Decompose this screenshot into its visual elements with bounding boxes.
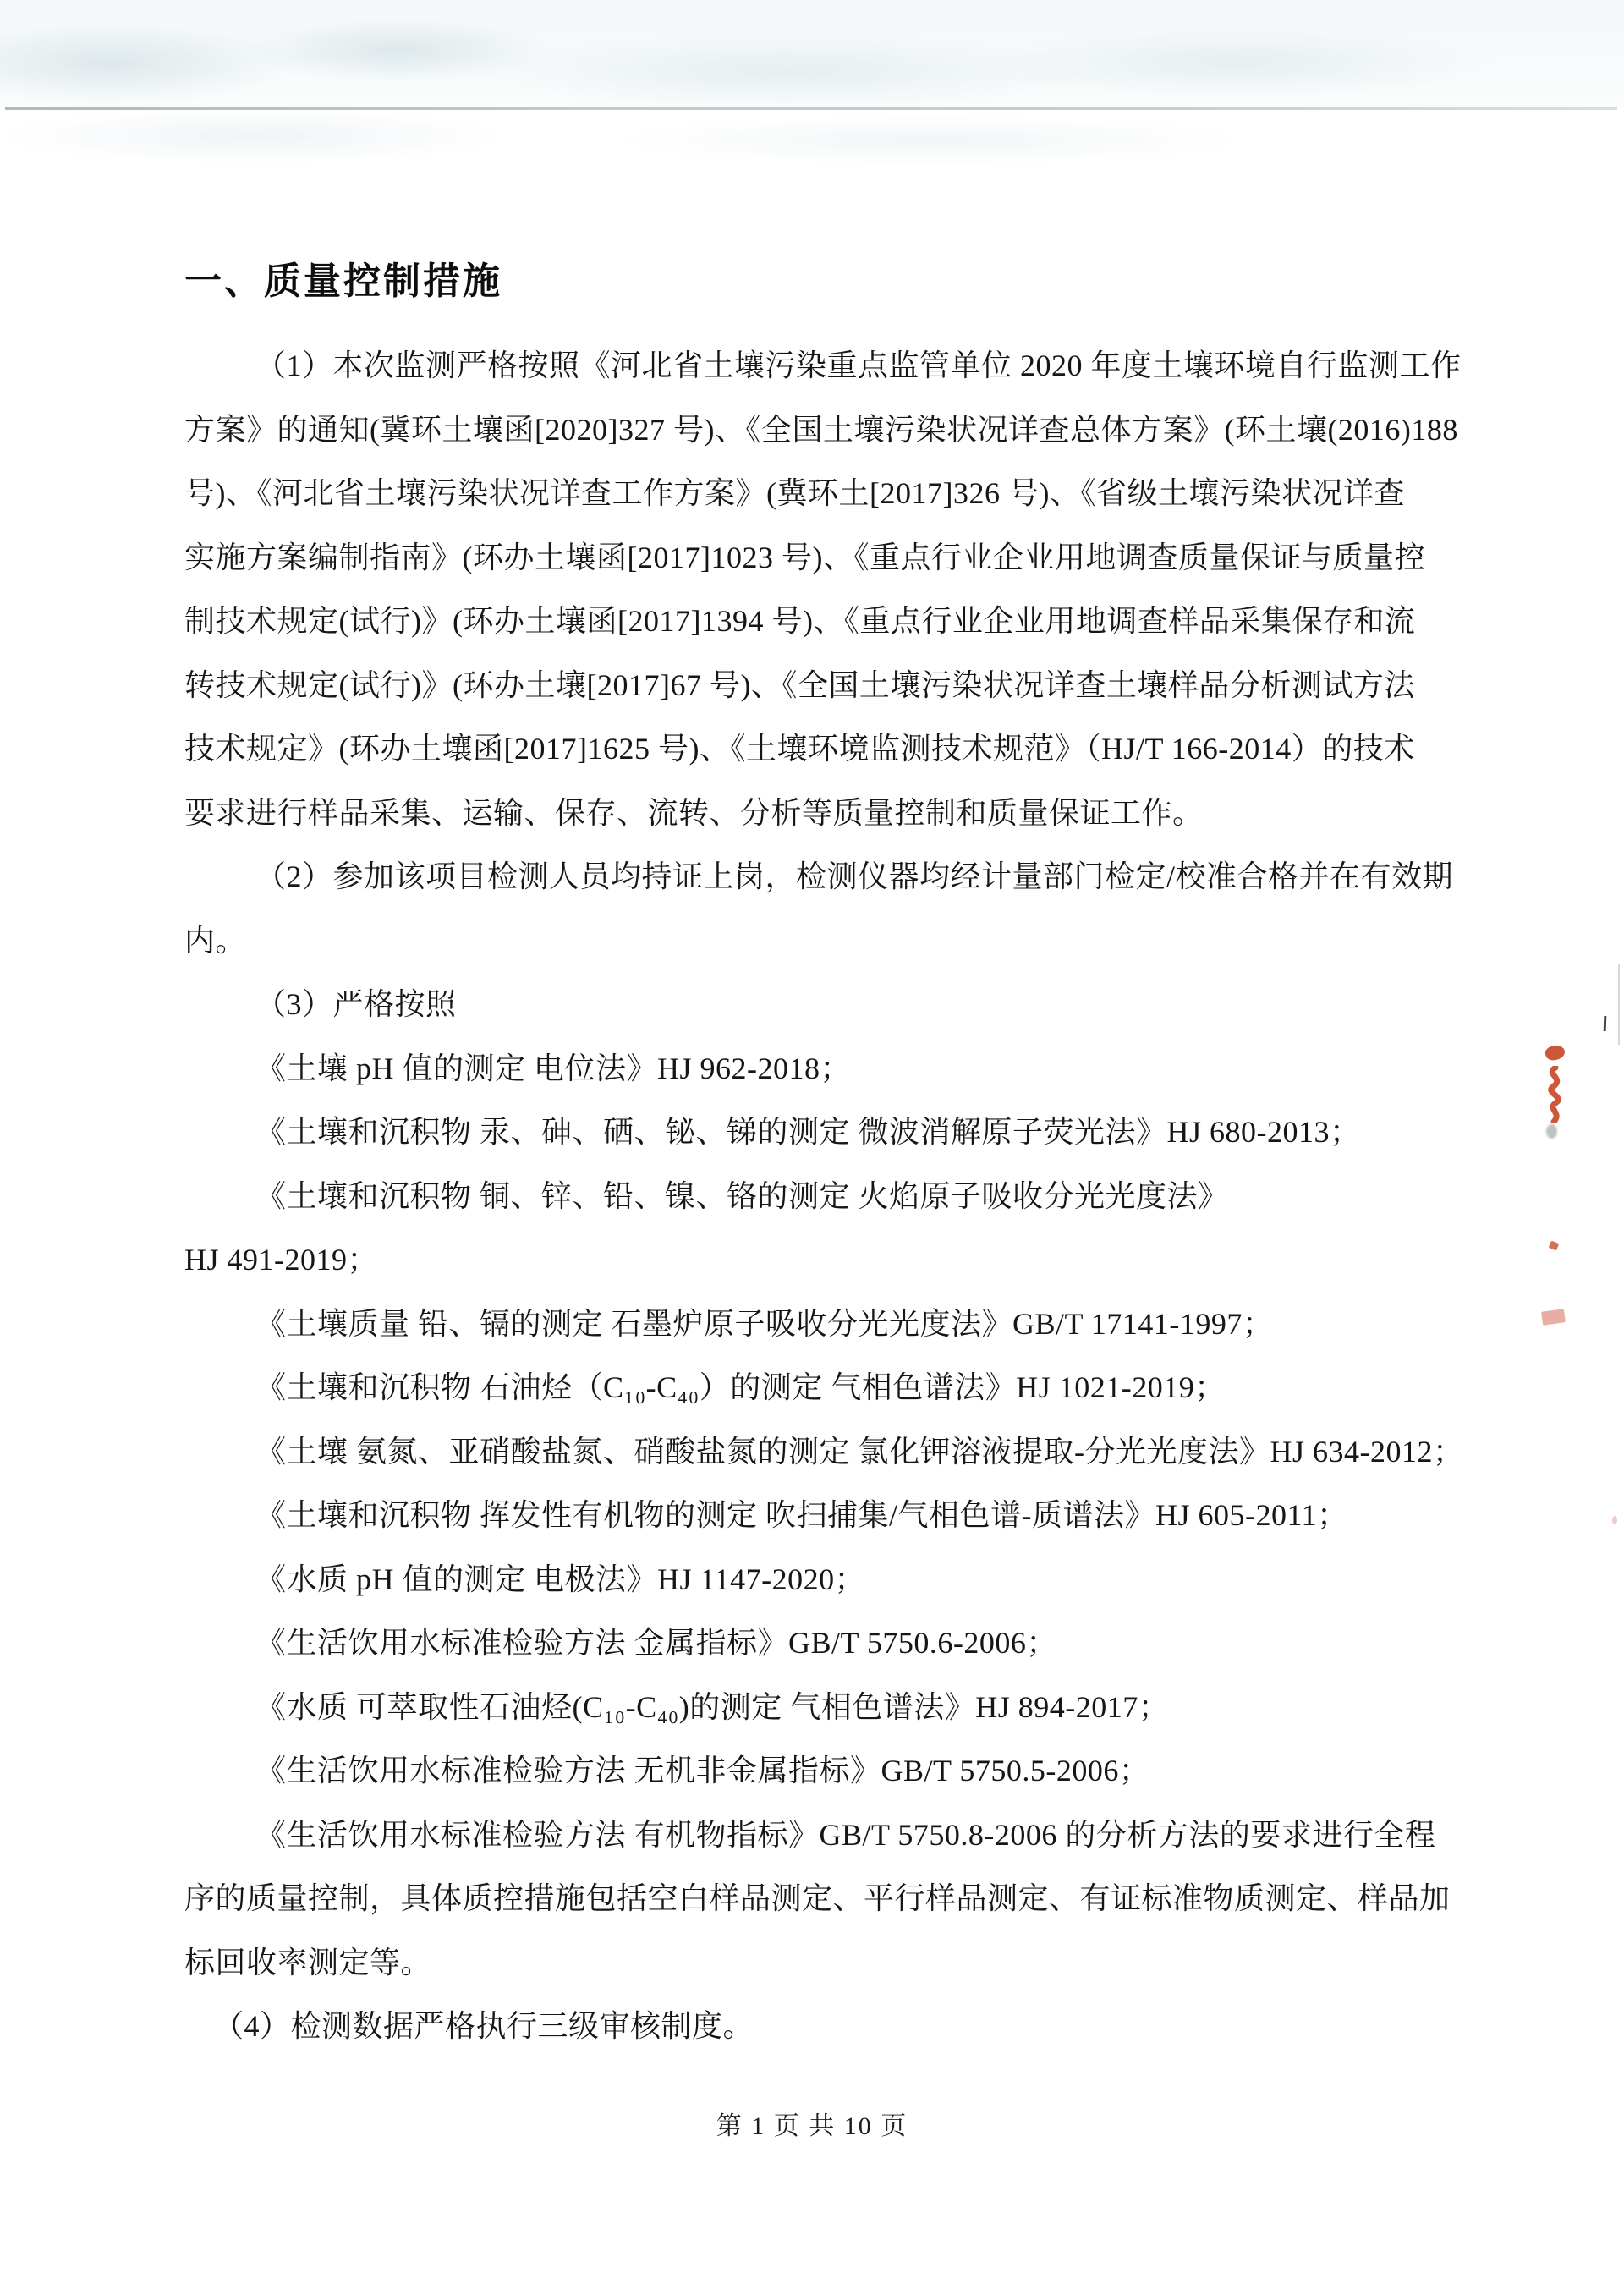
text-line: 技术规定》(环办土壤函[2017]1625 号)、《土壤环境监测技术规范》（HJ… [184,717,1487,782]
text-line: 号)、《河北省土壤污染状况详查工作方案》(冀环土[2017]326 号)、《省级… [184,462,1487,526]
text-line: 实施方案编制指南》(环办土壤函[2017]1023 号)、《重点行业企业用地调查… [184,526,1487,590]
text-line: 《土壤和沉积物 石油烃（C₁₀-C₄₀）的测定 气相色谱法》HJ 1021-20… [184,1356,1487,1420]
text-line: 《生活饮用水标准检验方法 无机非金属指标》GB/T 5750.5-2006； [184,1739,1487,1804]
scan-artifact-right-edge [1618,964,1620,1045]
pen-mark-black-tick [1604,1016,1607,1031]
body-text-block: （1）本次监测严格按照《河北省土壤污染重点监管单位 2020 年度土壤环境自行监… [184,334,1487,2059]
text-line: 《生活饮用水标准检验方法 金属指标》GB/T 5750.6-2006； [184,1611,1487,1676]
pen-mark-pink-rect [1541,1309,1566,1326]
page-number-footer: 第 1 页 共 10 页 [0,2105,1624,2142]
scanned-document-page: 一、质量控制措施 （1）本次监测严格按照《河北省土壤污染重点监管单位 2020 … [0,0,1624,2295]
pen-mark-orange-speck [1549,1240,1560,1250]
text-line: 制技术规定(试行)》(环办土壤函[2017]1394 号)、《重点行业企业用地调… [184,590,1487,654]
text-line: 《水质 可萃取性石油烃(C₁₀-C₄₀)的测定 气相色谱法》HJ 894-201… [184,1676,1487,1740]
text-line: 《土壤质量 铅、镉的测定 石墨炉原子吸收分光光度法》GB/T 17141-199… [184,1293,1487,1357]
text-line: 序的质量控制，具体质控措施包括空白样品测定、平行样品测定、有证标准物质测定、样品… [184,1867,1487,1931]
scan-artifact-top-band [0,0,1624,107]
text-line: 内。 [184,909,1487,974]
pen-mark-pink-dot [1612,1516,1617,1524]
text-line: 《土壤 pH 值的测定 电位法》HJ 962-2018； [184,1037,1487,1101]
section-title: 一、质量控制措施 [184,250,502,305]
text-line: 方案》的通知(冀环土壤函[2020]327 号)、《全国土壤污染状况详查总体方案… [184,398,1487,463]
text-line: （4）检测数据严格执行三级审核制度。 [184,1995,1487,2059]
text-line: （1）本次监测严格按照《河北省土壤污染重点监管单位 2020 年度土壤环境自行监… [184,334,1487,398]
text-line: 《土壤和沉积物 汞、砷、硒、铋、锑的测定 微波消解原子荧光法》HJ 680-20… [184,1101,1487,1165]
pen-mark-orange-scribble [1541,1066,1570,1123]
pen-mark-orange-blob [1544,1043,1566,1062]
scribble-path [1551,1068,1558,1122]
text-line: 《土壤 氨氮、亚硝酸盐氮、硝酸盐氮的测定 氯化钾溶液提取-分光光度法》HJ 63… [184,1420,1487,1485]
text-line: 《土壤和沉积物 挥发性有机物的测定 吹扫捕集/气相色谱-质谱法》HJ 605-2… [184,1484,1487,1548]
text-line: 标回收率测定等。 [184,1931,1487,1996]
text-line: HJ 491-2019； [184,1228,1487,1293]
text-line: 要求进行样品采集、运输、保存、流转、分析等质量控制和质量保证工作。 [184,782,1487,846]
pen-mark-gray-smudge [1546,1124,1557,1139]
text-line: 《土壤和沉积物 铜、锌、铅、镍、铬的测定 火焰原子吸收分光光度法》 [184,1165,1487,1229]
text-line: （2）参加该项目检测人员均持证上岗，检测仪器均经计量部门检定/校准合格并在有效期 [184,845,1487,909]
text-line: （3）严格按照 [184,973,1487,1037]
scan-artifact-horizontal-line [5,107,1617,110]
scan-artifact-mottling [0,111,1624,187]
text-line: 转技术规定(试行)》(环办土壤[2017]67 号)、《全国土壤污染状况详查土壤… [184,654,1487,718]
text-line: 《水质 pH 值的测定 电极法》HJ 1147-2020； [184,1548,1487,1612]
text-line: 《生活饮用水标准检验方法 有机物指标》GB/T 5750.8-2006 的分析方… [184,1804,1487,1868]
